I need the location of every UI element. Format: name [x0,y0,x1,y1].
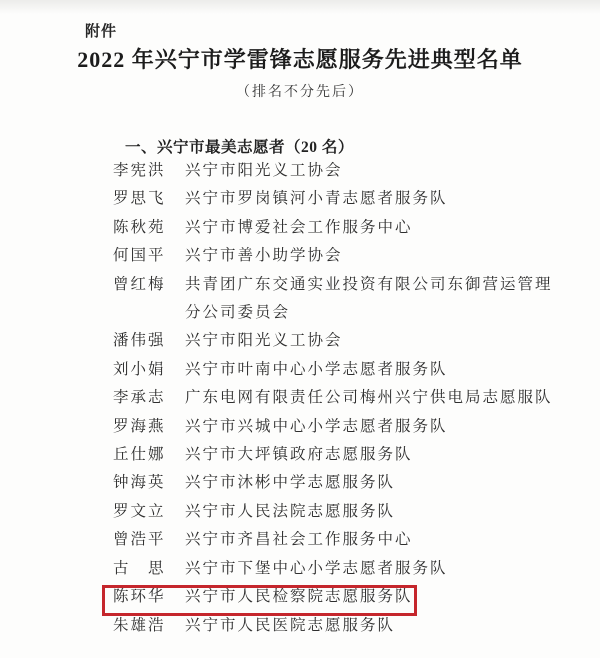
volunteer-name: 何国平 [113,242,185,270]
volunteer-name: 陈环华 [113,583,185,611]
volunteer-organization: 兴宁市善小助学协会 [185,242,561,270]
list-item: 罗海燕兴宁市兴城中心小学志愿者服务队 [113,413,573,441]
volunteer-name: 曾红梅 [113,271,185,299]
volunteer-organization: 兴宁市齐昌社会工作服务中心 [185,526,561,554]
scanned-document-page: 附件 2022 年兴宁市学雷锋志愿服务先进典型名单 （排名不分先后） 一、兴宁市… [0,0,600,658]
list-item: 陈环华兴宁市人民检察院志愿服务队 [113,583,573,611]
page-title: 2022 年兴宁市学雷锋志愿服务先进典型名单 [0,43,600,74]
volunteer-organization: 广东电网有限责任公司梅州兴宁供电局志愿服队 [185,384,561,412]
volunteer-name: 李承志 [113,384,185,412]
volunteer-organization: 兴宁市阳光义工协会 [185,327,561,355]
volunteer-organization: 兴宁市沐彬中学志愿服务队 [185,469,561,497]
volunteer-organization: 兴宁市人民医院志愿服务队 [185,612,561,640]
page-subtitle: （排名不分先后） [0,81,600,101]
volunteer-name: 刘小娟 [113,356,185,384]
volunteer-organization: 兴宁市人民法院志愿服务队 [185,498,561,526]
volunteer-organization: 兴宁市罗岗镇河小青志愿者服务队 [185,185,561,213]
volunteer-name: 罗思飞 [113,185,185,213]
volunteer-name: 潘伟强 [113,327,185,355]
list-item: 李宪洪兴宁市阳光义工协会 [113,157,573,185]
volunteer-name: 陈秋苑 [113,214,185,242]
volunteer-organization: 兴宁市大坪镇政府志愿服务队 [185,441,561,469]
list-item: 刘小娟兴宁市叶南中心小学志愿者服务队 [113,356,573,384]
volunteer-organization: 兴宁市下堡中心小学志愿者服务队 [185,555,561,583]
volunteer-name: 李宪洪 [113,157,185,185]
list-item: 何国平兴宁市善小助学协会 [113,242,573,270]
volunteer-organization: 兴宁市人民检察院志愿服务队 [185,583,561,611]
list-item: 罗文立兴宁市人民法院志愿服务队 [113,498,573,526]
volunteer-organization: 兴宁市博爱社会工作服务中心 [185,214,561,242]
volunteer-organization: 兴宁市阳光义工协会 [185,157,561,185]
volunteer-name: 朱雄浩 [113,612,185,640]
section-heading: 一、兴宁市最美志愿者（20 名） [125,135,354,157]
list-item: 罗思飞兴宁市罗岗镇河小青志愿者服务队 [113,185,573,213]
list-item: 古 思兴宁市下堡中心小学志愿者服务队 [113,555,573,583]
list-item: 钟海英兴宁市沐彬中学志愿服务队 [113,469,573,497]
volunteer-name: 罗文立 [113,498,185,526]
volunteer-list: 李宪洪兴宁市阳光义工协会罗思飞兴宁市罗岗镇河小青志愿者服务队陈秋苑兴宁市博爱社会… [113,157,573,640]
volunteer-organization: 兴宁市叶南中心小学志愿者服务队 [185,356,561,384]
attachment-label: 附件 [85,20,117,41]
volunteer-organization: 兴宁市兴城中心小学志愿者服务队 [185,413,561,441]
volunteer-name: 罗海燕 [113,413,185,441]
list-item: 李承志广东电网有限责任公司梅州兴宁供电局志愿服队 [113,384,573,412]
list-item: 丘仕娜兴宁市大坪镇政府志愿服务队 [113,441,573,469]
list-item: 陈秋苑兴宁市博爱社会工作服务中心 [113,214,573,242]
volunteer-organization: 共青团广东交通实业投资有限公司东御营运管理分公司委员会 [185,271,561,328]
list-item: 曾浩平兴宁市齐昌社会工作服务中心 [113,526,573,554]
list-item: 潘伟强兴宁市阳光义工协会 [113,327,573,355]
list-item: 曾红梅共青团广东交通实业投资有限公司东御营运管理分公司委员会 [113,271,573,328]
volunteer-name: 古 思 [113,555,185,583]
volunteer-name: 钟海英 [113,469,185,497]
list-item: 朱雄浩兴宁市人民医院志愿服务队 [113,612,573,640]
volunteer-name: 曾浩平 [113,526,185,554]
volunteer-name: 丘仕娜 [113,441,185,469]
